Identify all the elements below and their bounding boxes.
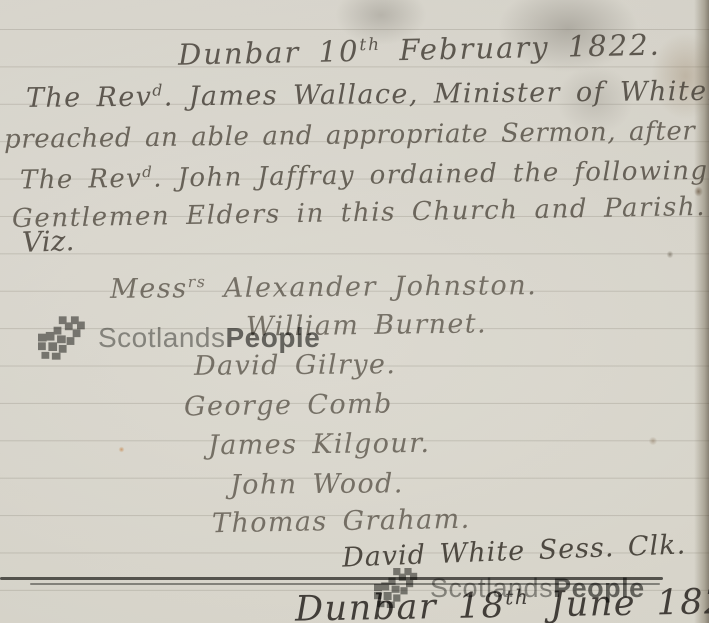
minister-line-text: The Rev [26, 82, 153, 114]
first-elder-name: Alexander Johnston. [206, 270, 537, 304]
messrs-text: Mess [110, 273, 188, 305]
scotlandspeople-watermark: ScotlandsPeople [38, 316, 320, 360]
entry-date-text: Dunbar 10 [178, 34, 360, 72]
messrs-superscript: rs [188, 272, 207, 291]
scotlandspeople-puzzle-logo-icon [38, 316, 90, 360]
watermark-wordmark: ScotlandsPeople [98, 322, 320, 354]
ink-speck [118, 446, 125, 453]
watermark-text-light: Scotlands [98, 322, 225, 353]
elders-list-heading: Messrs Alexander Johnston. [110, 270, 538, 304]
watermark-wordmark: ScotlandsPeople [430, 573, 645, 604]
scotlandspeople-puzzle-logo-icon [374, 568, 422, 608]
elder-name: Thomas Graham. [212, 505, 471, 539]
viz-abbreviation: Viz. [21, 226, 74, 259]
ordained-line-text: The Rev [20, 164, 143, 196]
watermark-text-bold: People [225, 322, 320, 353]
elder-name: John Wood. [230, 469, 404, 500]
watermark-text-light: Scotlands [430, 573, 553, 603]
watermark-text-bold: People [553, 573, 645, 603]
elder-name: George Comb [184, 390, 393, 423]
ordinal-superscript: th [359, 34, 381, 54]
minister-line-text: . James Wallace, Minister of Whitekirk, [164, 75, 709, 112]
scotlandspeople-watermark: ScotlandsPeople [374, 568, 645, 608]
rev-superscript: d [152, 80, 164, 99]
manuscript-page: Dunbar 10th February 1822. The Revd. Jam… [0, 0, 709, 623]
elder-name: James Kilgour. [208, 429, 431, 461]
ink-speck [666, 250, 674, 259]
entry-date-text: February 1822. [381, 28, 661, 68]
rev-superscript: d [142, 163, 153, 181]
ink-speck [648, 436, 658, 446]
